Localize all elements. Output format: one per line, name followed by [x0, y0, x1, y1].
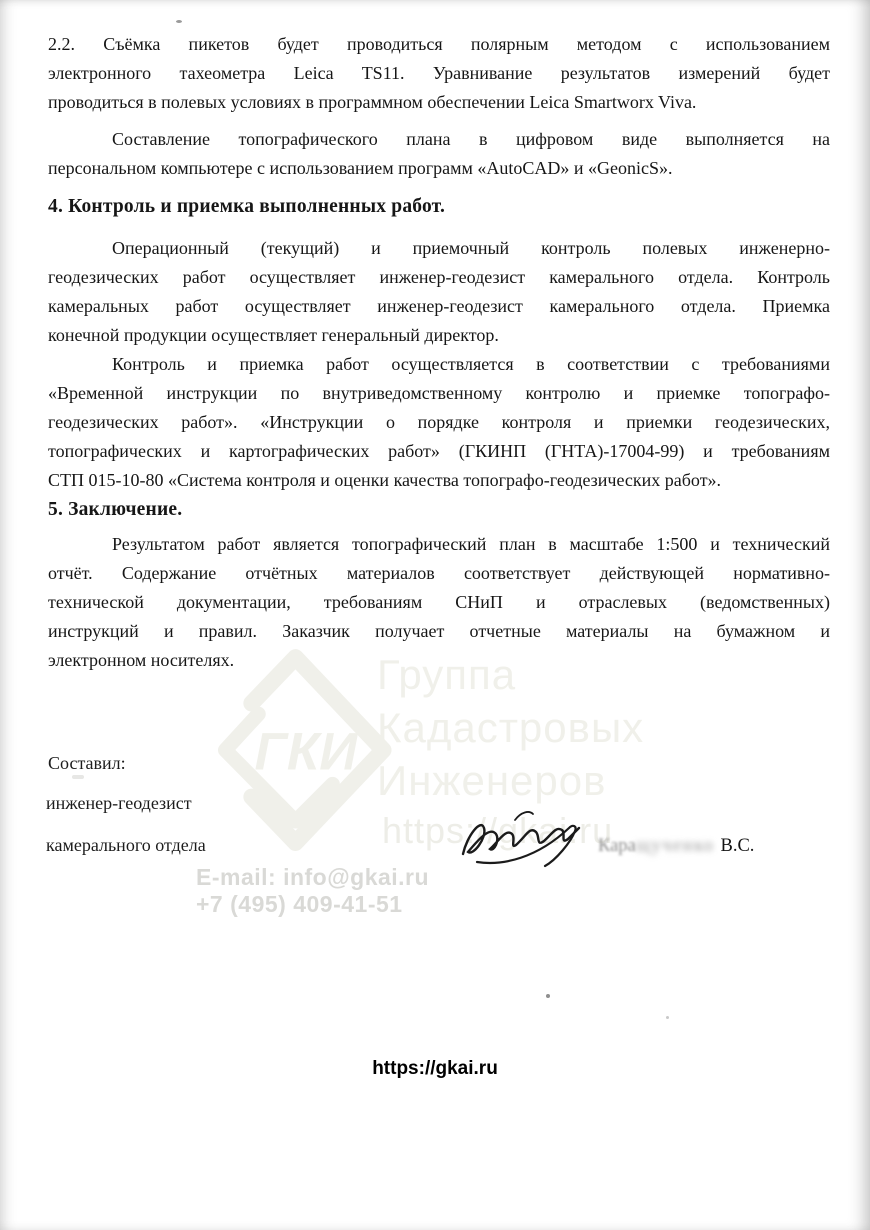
signer-role-line1: инженер-геодезист	[46, 793, 192, 814]
scanned-document-page: ГКИ Группа Кадастровых Инженеров https:/…	[0, 0, 870, 1230]
signer-role-line2: камерального отдела	[46, 835, 206, 856]
signature-block: Составил: инженер-геодезист камерального…	[0, 0, 870, 1230]
compiled-by-label: Составил:	[48, 753, 126, 774]
signer-name: КаращученкоВ.С.	[598, 836, 754, 857]
signer-initials: В.С.	[721, 836, 755, 856]
handwritten-signature	[455, 798, 593, 878]
footer-site-url: https://gkai.ru	[0, 1058, 870, 1080]
signer-surname-start: Кара	[598, 836, 636, 856]
signer-surname-obscured: щученко	[636, 836, 715, 856]
